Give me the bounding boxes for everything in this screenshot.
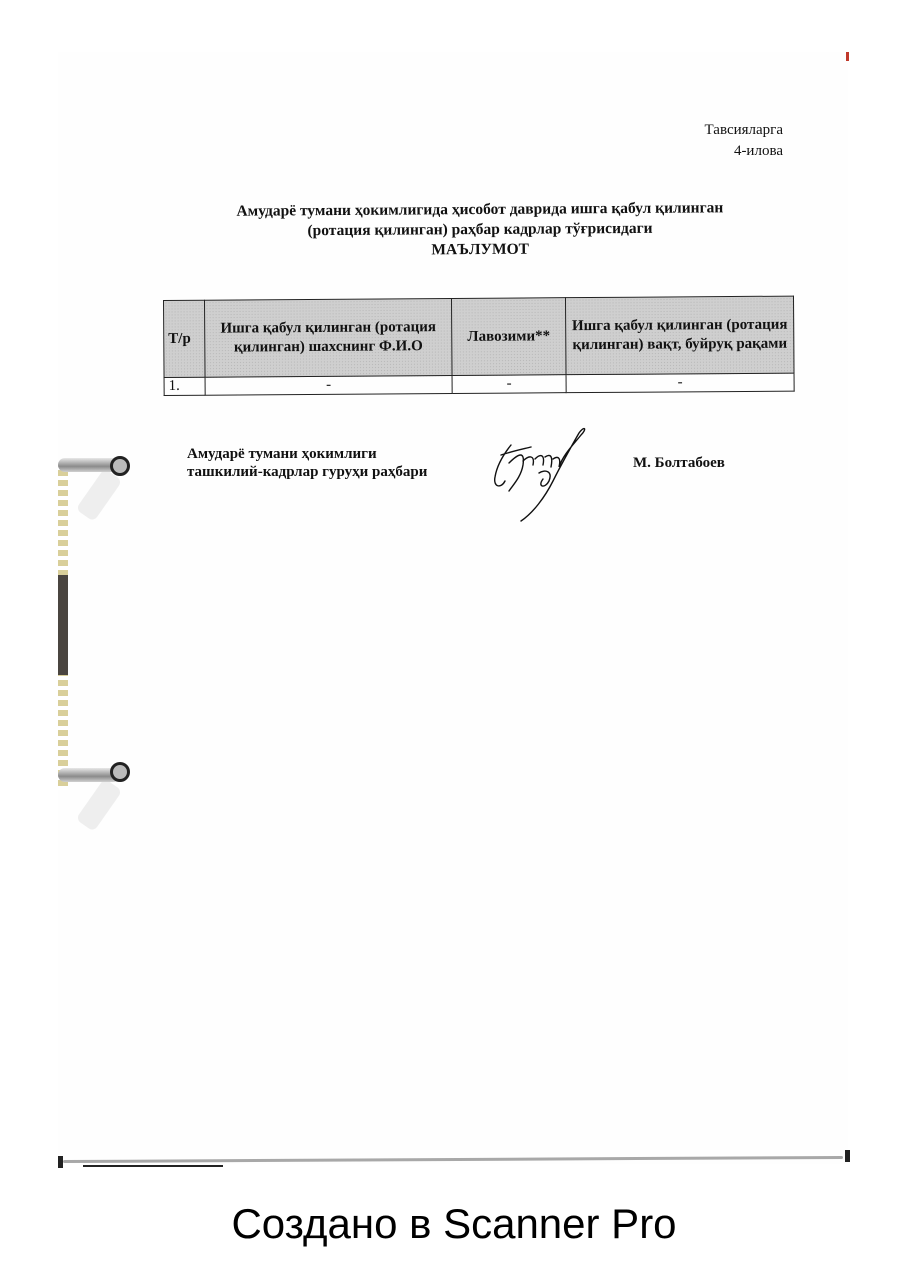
binder-clip-top — [76, 468, 123, 522]
binder-ring-top-end — [110, 456, 130, 476]
signatory-name: М. Болтабоев — [633, 455, 725, 472]
binder-spine-dark — [58, 575, 68, 675]
cell-position: - — [452, 375, 566, 394]
header-date-order: Ишга қабул қилинган (ротация қилинган) в… — [565, 296, 794, 375]
signatory-line-2: ташкилий-кадрлар гуруҳи раҳбари — [187, 463, 427, 481]
table-row: 1. - - - — [164, 373, 794, 395]
data-table: Т/р Ишга қабул қилинган (ротация қилинга… — [163, 296, 795, 396]
data-table-wrapper: Т/р Ишга қабул қилинган (ротация қилинга… — [163, 296, 795, 396]
document-title: Амударё тумани ҳокимлигида ҳисобот даври… — [190, 198, 770, 262]
binder-clip-bottom — [76, 778, 123, 832]
binder-ring-bottom-end — [110, 762, 130, 782]
header-full-name: Ишга қабул қилинган (ротация қилинган) ш… — [205, 298, 453, 377]
header-position: Лавозими** — [451, 298, 566, 376]
signatory-line-1: Амударё тумани ҳокимлиги — [187, 445, 427, 463]
title-line-3: МАЪЛУМОТ — [190, 238, 770, 262]
annex-label: Тавсияларга 4-илова — [705, 120, 783, 162]
edge-dark-line — [83, 1165, 223, 1167]
cell-number: 1. — [164, 377, 205, 395]
corner-mark — [846, 52, 849, 61]
edge-corner-right — [845, 1150, 850, 1162]
page-bottom-edge — [58, 1150, 850, 1170]
cell-date-order: - — [566, 373, 794, 393]
table-header-row: Т/р Ишга қабул қилинган (ротация қилинга… — [164, 296, 795, 377]
binder-rings — [58, 440, 128, 840]
annex-line-1: Тавсияларга — [705, 120, 783, 141]
signatory-position: Амударё тумани ҳокимлиги ташкилий-кадрла… — [187, 445, 427, 481]
scanner-watermark: Создано в Scanner Pro — [0, 1200, 908, 1248]
handwritten-signature-icon — [483, 425, 593, 525]
cell-full-name: - — [205, 375, 452, 395]
header-number: Т/р — [164, 300, 206, 377]
annex-line-2: 4-илова — [705, 141, 783, 162]
title-line-1: Амударё тумани ҳокимлигида ҳисобот даври… — [190, 198, 770, 222]
edge-shadow-line — [63, 1156, 843, 1163]
